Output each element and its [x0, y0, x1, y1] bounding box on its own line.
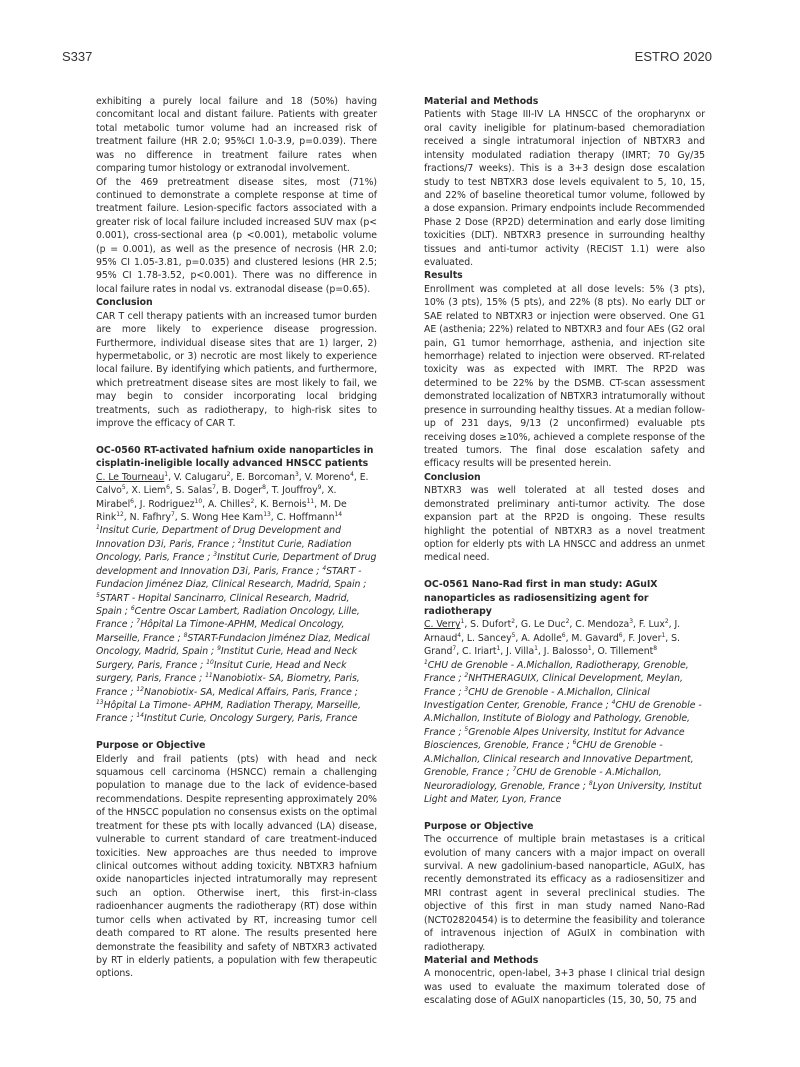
author-name: V. Moreno [305, 472, 350, 483]
author-name: C. Hoffmann [277, 512, 335, 523]
author-name: A. Adolle [521, 633, 562, 644]
right-column: Material and Methods Patients with Stage… [424, 95, 705, 1008]
author-name: F. Jover [628, 633, 661, 644]
affiliation: Institut Curie, Oncology Surgery, Paris,… [144, 713, 357, 724]
author-name: O. Tillement [597, 646, 653, 657]
author-name: B. Doger [222, 485, 262, 496]
author-name: A. Chilles [208, 499, 251, 510]
author-name: S. Wong Hee Kam [181, 512, 264, 523]
author-list: C. Verry1, S. Dufort2, G. Le Duc2, C. Me… [424, 618, 705, 658]
author-name: X. Liem [131, 485, 166, 496]
author-name: C. Iriart [462, 646, 496, 657]
section-heading-purpose: Purpose or Objective [96, 739, 377, 752]
left-column: exhibiting a purely local failure and 18… [96, 95, 377, 981]
conclusion-paragraph: CAR T cell therapy patients with an incr… [96, 310, 377, 431]
author-name: F. Lux [639, 619, 665, 630]
affiliation: Nanobiotix- SA, Medical Affairs, Paris, … [144, 687, 352, 698]
author-name: C. Mendoza [575, 619, 629, 630]
author-name: S. Salas [176, 485, 212, 496]
section-heading-conclusion: Conclusion [96, 296, 377, 309]
results-paragraph: Of the 469 pretreatment disease sites, m… [96, 176, 377, 297]
affiliation-list: 1Insitut Curie, Department of Drug Devel… [96, 524, 377, 725]
conclusion-paragraph: NBTXR3 was well tolerated at all tested … [424, 484, 705, 565]
purpose-paragraph: Elderly and frail patients (pts) with he… [96, 753, 377, 981]
author-name: V. Calugaru [174, 472, 227, 483]
abstract-title: OC-0560 RT-activated hafnium oxide nanop… [96, 444, 377, 471]
affiliation-list: 1CHU de Grenoble - A.Michallon, Radiothe… [424, 659, 705, 807]
author-name: T. Jouffroy [272, 485, 318, 496]
author-name: C. Le Tourneau [96, 472, 164, 483]
author-name: G. Le Duc [521, 619, 566, 630]
section-heading-methods: Material and Methods [424, 954, 705, 967]
section-heading-purpose: Purpose or Objective [424, 820, 705, 833]
methods-paragraph: A monocentric, open-label, 3+3 phase I c… [424, 967, 705, 1007]
author-name: S. Dufort [470, 619, 511, 630]
author-name: L. Sancey [467, 633, 512, 644]
page-header: S337 ESTRO 2020 [62, 49, 712, 65]
author-name: J. Rodriguez [140, 499, 195, 510]
author-name: K. Bernois [260, 499, 307, 510]
purpose-paragraph: The occurrence of multiple brain metasta… [424, 833, 705, 954]
methods-paragraph: Patients with Stage III-IV LA HNSCC of t… [424, 108, 705, 269]
results-paragraph: exhibiting a purely local failure and 18… [96, 95, 377, 176]
author-name: C. Verry [424, 619, 461, 630]
page-number: S337 [62, 49, 92, 65]
abstract-title: OC-0561 Nano-Rad first in man study: AGu… [424, 578, 705, 618]
author-list: C. Le Tourneau1, V. Calugaru2, E. Borcom… [96, 471, 377, 525]
author-name: M. Gavard [571, 633, 618, 644]
author-name: J. Villa [506, 646, 534, 657]
journal-title: ESTRO 2020 [635, 49, 712, 65]
author-name: N. Fafhry [130, 512, 171, 523]
author-name: E. Borcoman [236, 472, 295, 483]
section-heading-methods: Material and Methods [424, 95, 705, 108]
results-paragraph: Enrollment was completed at all dose lev… [424, 283, 705, 471]
section-heading-conclusion: Conclusion [424, 471, 705, 484]
section-heading-results: Results [424, 269, 705, 282]
author-name: J. Balosso [544, 646, 588, 657]
